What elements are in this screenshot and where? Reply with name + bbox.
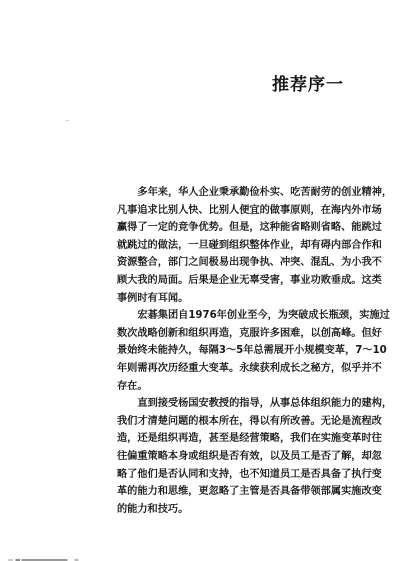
text-line: 顾大我的局面。后果是企业无辜受害，事业功败垂成。这类: [117, 272, 358, 290]
text-line: 造，还是组织再造，甚至是经营策略，我们在实施变革时往: [117, 430, 358, 448]
text-line: 往偏重策略本身或组织是否有效，以及员工是否了解，却忽: [117, 448, 358, 466]
book-page: 推荐序一 多年来，华人企业秉承勤俭朴实、吃苦耐劳的创业精神， 凡事追求比别人快、…: [0, 0, 403, 561]
text-line: 凡事追求比别人快、比别人便宜的做事原则，在海内外市场: [117, 202, 358, 220]
body-text: 多年来，华人企业秉承勤俭朴实、吃苦耐劳的创业精神， 凡事追求比别人快、比别人便宜…: [117, 184, 358, 518]
scan-speck: [66, 120, 69, 121]
text-line: 我们才清楚问题的根本所在，得以有所改善。无论是流程改: [117, 413, 358, 431]
paragraph-3: 直到接受杨国安教授的指导，从事总体组织能力的建构， 我们才清楚问题的根本所在，得…: [117, 395, 358, 518]
text-line: 的能力和技巧。: [117, 501, 358, 519]
text-line: 多年来，华人企业秉承勤俭朴实、吃苦耐劳的创业精神，: [117, 184, 358, 202]
text-line: 就跳过的做法，一旦碰到组织整体作业，却有碍内部合作和: [117, 237, 358, 255]
text-line: 事例时有耳闻。: [117, 290, 358, 308]
text-line: 宏碁集团自1976年创业至今，为突破成长瓶颈，实施过: [117, 307, 358, 325]
text-line: 革的能力和思维，更忽略了主管是否具备带领部属实施改变: [117, 483, 358, 501]
text-line: 直到接受杨国安教授的指导，从事总体组织能力的建构，: [117, 395, 358, 413]
paragraph-2: 宏碁集团自1976年创业至今，为突破成长瓶颈，实施过 数次战略创新和组织再造，克…: [117, 307, 358, 395]
text-line: 资源整合，部门之间极易出现争执、冲突、混乱、为小我不: [117, 254, 358, 272]
text-line: 年则需再次历经重大变革。永续获利成长之秘方，似乎并不: [117, 360, 358, 378]
text-line: 赢得了一定的竞争优势。但是，这种能省略则省略、能跳过: [117, 219, 358, 237]
text-line: 数次战略创新和组织再造，克服许多困难，以创高峰。但好: [117, 325, 358, 343]
text-line: 略了他们是否认同和支持，也不知道员工是否具备了执行变: [117, 466, 358, 484]
paragraph-1: 多年来，华人企业秉承勤俭朴实、吃苦耐劳的创业精神， 凡事追求比别人快、比别人便宜…: [117, 184, 358, 307]
text-line: 景始终未能持久，每隔3～5年总需展开小规模变革，7～10: [117, 342, 358, 360]
text-line: 存在。: [117, 378, 358, 396]
page-title: 推荐序一: [272, 70, 344, 95]
